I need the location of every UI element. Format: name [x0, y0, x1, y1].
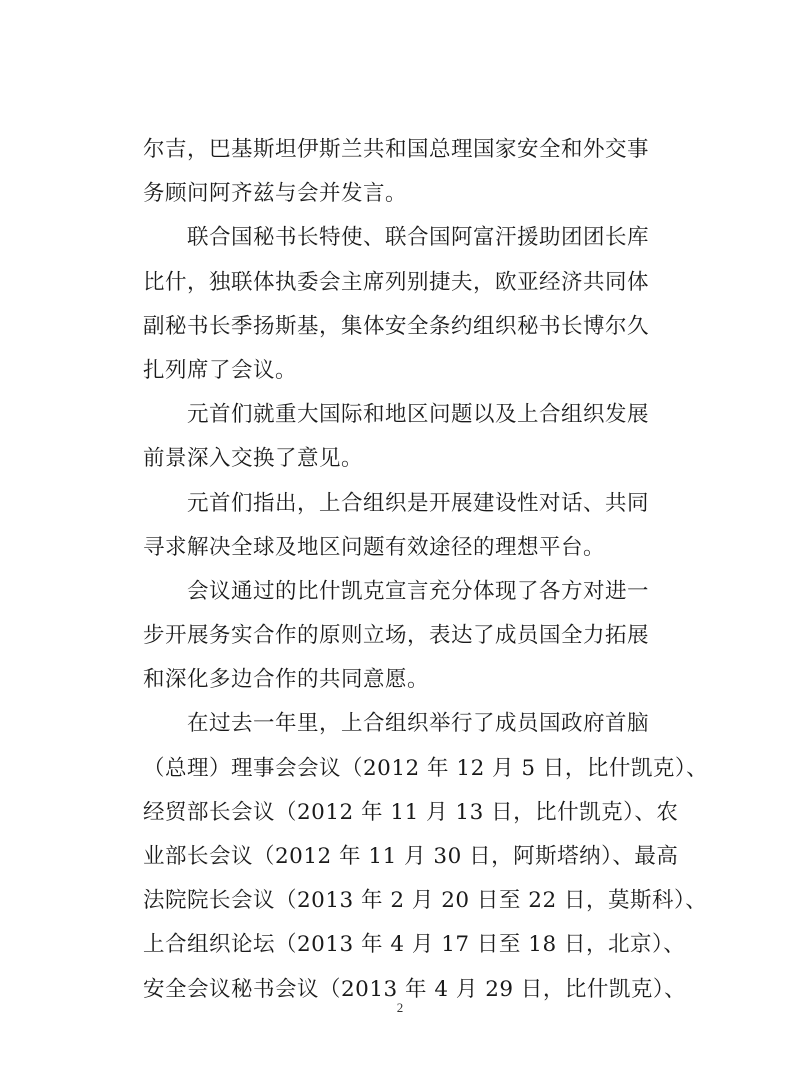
page-number: 2: [0, 1000, 800, 1016]
text-line: 尔吉，巴基斯坦伊斯兰共和国总理国家安全和外交事: [143, 128, 649, 172]
text-line: 元首们指出，上合组织是开展建设性对话、共同: [143, 482, 649, 526]
text-line: 比什，独联体执委会主席列别捷夫，欧亚经济共同体: [143, 261, 649, 305]
paragraph: 元首们指出，上合组织是开展建设性对话、共同 寻求解决全球及地区问题有效途径的理想…: [143, 482, 649, 570]
document-page: 尔吉，巴基斯坦伊斯兰共和国总理国家安全和外交事 务顾问阿齐兹与会并发言。 联合国…: [0, 0, 800, 1067]
paragraph: 元首们就重大国际和地区问题以及上合组织发展 前景深入交换了意见。: [143, 393, 649, 481]
text-line: 副秘书长季扬斯基，集体安全条约组织秘书长博尔久: [143, 305, 649, 349]
text-line: 上合组织论坛（2013 年 4 月 17 日至 18 日，北京）、: [143, 923, 649, 967]
text-line: 务顾问阿齐兹与会并发言。: [143, 172, 649, 216]
text-line: 和深化多边合作的共同意愿。: [143, 658, 649, 702]
text-line: 会议通过的比什凯克宣言充分体现了各方对进一: [143, 570, 649, 614]
paragraph: 尔吉，巴基斯坦伊斯兰共和国总理国家安全和外交事 务顾问阿齐兹与会并发言。: [143, 128, 649, 216]
body-text: 尔吉，巴基斯坦伊斯兰共和国总理国家安全和外交事 务顾问阿齐兹与会并发言。 联合国…: [143, 128, 649, 1012]
text-line: 步开展务实合作的原则立场，表达了成员国全力拓展: [143, 614, 649, 658]
paragraph: 联合国秘书长特使、联合国阿富汗援助团团长库 比什，独联体执委会主席列别捷夫，欧亚…: [143, 216, 649, 393]
text-line: 在过去一年里，上合组织举行了成员国政府首脑: [143, 702, 649, 746]
text-line: 扎列席了会议。: [143, 349, 649, 393]
text-line: 经贸部长会议（2012 年 11 月 13 日，比什凯克）、农: [143, 791, 649, 835]
text-line: 业部长会议（2012 年 11 月 30 日，阿斯塔纳）、最高: [143, 835, 649, 879]
text-line: （总理）理事会会议（2012 年 12 月 5 日，比什凯克）、: [143, 747, 649, 791]
paragraph: 在过去一年里，上合组织举行了成员国政府首脑 （总理）理事会会议（2012 年 1…: [143, 702, 649, 1011]
text-line: 法院院长会议（2013 年 2 月 20 日至 22 日，莫斯科）、: [143, 879, 649, 923]
text-line: 联合国秘书长特使、联合国阿富汗援助团团长库: [143, 216, 649, 260]
text-line: 寻求解决全球及地区问题有效途径的理想平台。: [143, 526, 649, 570]
text-line: 元首们就重大国际和地区问题以及上合组织发展: [143, 393, 649, 437]
paragraph: 会议通过的比什凯克宣言充分体现了各方对进一 步开展务实合作的原则立场，表达了成员…: [143, 570, 649, 703]
text-line: 前景深入交换了意见。: [143, 437, 649, 481]
